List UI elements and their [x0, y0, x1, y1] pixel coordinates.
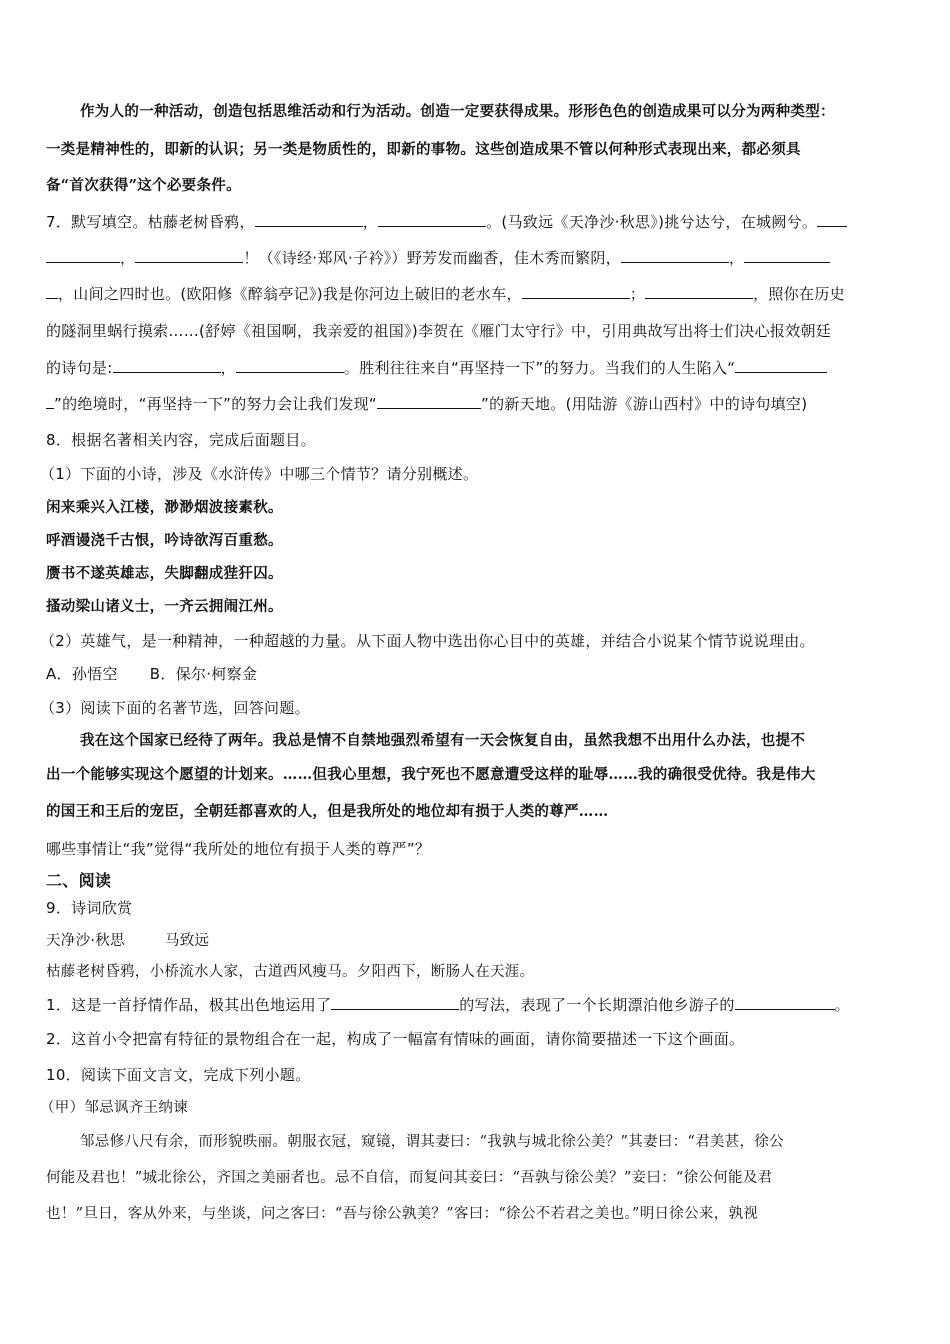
excerpt-line-1: 我在这个国家已经待了两年。我总是情不自禁地强烈希望有一天会恢复自由，虽然我想不出… — [80, 731, 908, 751]
poem-line-1: 闲来乘兴入江楼，渺渺烟波接素秋。 — [46, 498, 908, 518]
intro-line-1: 作为人的一种活动，创造包括思维活动和行为活动。创造一定要获得成果。形形色色的创造… — [80, 102, 908, 122]
q7-prompt: 7．默写填空。枯藤老树昏鸦， — [46, 213, 255, 231]
blank-field[interactable] — [621, 248, 729, 263]
comma: ， — [729, 249, 744, 267]
q7-source-text: 。胜利往往来自“再坚持一下”的努力。当我们的人生陷入“ — [344, 359, 735, 377]
blank-field[interactable] — [46, 284, 58, 299]
q8-sub2: （2）英雄气，是一种精神，一种超越的力量。从下面人物中选出你心目中的英雄，并结合… — [40, 631, 902, 651]
blank-field[interactable] — [645, 284, 753, 299]
semicolon: ； — [630, 285, 645, 303]
q7-line-3: ，山间之四时也。(欧阳修《醉翁亭记》)我是你河边上破旧的老水车，；，照你在历史 — [46, 284, 908, 304]
blank-field[interactable] — [135, 248, 243, 263]
period: 。 — [835, 996, 850, 1014]
q7-line-1: 7．默写填空。枯藤老树昏鸦，，。(马致远《天净沙·秋思》)挑兮达兮，在城阙兮。 — [46, 212, 908, 232]
poem-title-line: 天净沙·秋思马致远 — [46, 931, 908, 951]
blank-field[interactable] — [255, 212, 363, 227]
blank-field[interactable] — [331, 995, 459, 1010]
blank-field[interactable] — [744, 248, 830, 263]
blank-field[interactable] — [113, 358, 221, 373]
q7-line-6: ”的绝境时，“再坚持一下”的努力会让我们发现“”的新天地。(用陆游《游山西村》中… — [46, 394, 908, 414]
blank-field[interactable] — [817, 212, 847, 227]
q7-source-text: ，照你在历史 — [753, 285, 845, 303]
poem-title: 天净沙·秋思 — [46, 933, 125, 949]
classical-text-line-3: 也！”旦日，客从外来，与坐谈，问之客曰：“吾与徐公孰美？”客曰：“徐公不若君之美… — [46, 1204, 908, 1224]
q8-sub3: （3）阅读下面的名著节选，回答问题。 — [40, 698, 902, 718]
q9-item1-text: 的写法，表现了一个长期漂泊他乡游子的 — [459, 996, 734, 1014]
q7-source-text: 的诗句是: — [46, 359, 113, 377]
blank-field[interactable] — [378, 212, 486, 227]
blank-field[interactable] — [377, 394, 481, 409]
poem-text: 枯藤老树昏鸦，小桥流水人家，古道西风瘦马。夕阳西下，断肠人在天涯。 — [46, 962, 908, 982]
comma: ， — [363, 213, 378, 231]
q7-line-4: 的隧洞里蜗行摸索……(舒婷《祖国啊，我亲爱的祖国》)李贺在《雁门太守行》中，引用… — [46, 321, 908, 341]
q7-line-5: 的诗句是:，。胜利往往来自“再坚持一下”的努力。当我们的人生陷入“ — [46, 358, 908, 378]
q8-title: 8．根据名著相关内容，完成后面题目。 — [46, 430, 908, 450]
blank-field[interactable] — [735, 358, 827, 373]
option-a: A．孙悟空 — [46, 665, 118, 683]
intro-line-3: 备“首次获得”这个必要条件。 — [46, 176, 908, 196]
q8-options: A．孙悟空B．保尔·柯察金 — [46, 664, 908, 684]
poem-line-3: 赝书不遂英雄志，失脚翻成狴犴囚。 — [46, 564, 908, 584]
blank-field[interactable] — [735, 995, 835, 1010]
q7-source-text: ”的新天地。(用陆游《游山西村》中的诗句填空) — [481, 395, 807, 413]
classical-text-line-1: 邹忌修八尺有余，而形貌昳丽。朝服衣冠，窥镜，谓其妻曰：“我孰与城北徐公美？”其妻… — [80, 1132, 908, 1152]
q10-title: 10．阅读下面文言文，完成下列小题。 — [46, 1065, 908, 1085]
q7-source-text: 。(马致远《天净沙·秋思》)挑兮达兮，在城阙兮。 — [486, 213, 817, 231]
blank-field[interactable] — [46, 394, 54, 409]
poem-line-4: 搔动梁山诸义士，一齐云拥闹江州。 — [46, 597, 908, 617]
q9-title: 9．诗词欣赏 — [46, 898, 908, 918]
q7-line-2: ，！（《诗经·郑风·子衿》）野芳发而幽香，佳木秀而繁阴，， — [46, 248, 908, 268]
q8-sub1: （1）下面的小诗，涉及《水浒传》中哪三个情节？请分别概述。 — [40, 464, 902, 484]
q7-source-text: ”的绝境时，“再坚持一下”的努力会让我们发现“ — [54, 395, 377, 413]
q9-item-2: 2．这首小令把富有特征的景物组合在一起，构成了一幅富有情味的画面，请你简要描述一… — [46, 1029, 908, 1049]
q7-source-text: ！（《诗经·郑风·子衿》）野芳发而幽香，佳木秀而繁阴， — [243, 249, 621, 267]
q9-item-1: 1．这是一首抒情作品，极其出色地运用了的写法，表现了一个长期漂泊他乡游子的。 — [46, 995, 908, 1015]
blank-field[interactable] — [522, 284, 630, 299]
poem-line-2: 呼酒谩浇千古恨，吟诗欲泻百重愁。 — [46, 531, 908, 551]
excerpt-line-2: 出一个能够实现这个愿望的计划来。……但我心里想，我宁死也不愿意遭受这样的耻辱……… — [46, 765, 908, 785]
excerpt-line-3: 的国王和王后的宠臣，全朝廷都喜欢的人，但是我所处的地位却有损于人类的尊严…… — [46, 802, 908, 822]
poem-author: 马致远 — [165, 933, 209, 949]
q10-subtitle: （甲）邹忌讽齐王纳谏 — [40, 1098, 902, 1118]
comma: ， — [221, 359, 236, 377]
q9-item1-text: 1．这是一首抒情作品，极其出色地运用了 — [46, 996, 331, 1014]
blank-field[interactable] — [46, 248, 120, 263]
classical-text-line-2: 何能及君也！”城北徐公，齐国之美丽者也。忌不自信，而复问其妾曰：“吾孰与徐公美？… — [46, 1168, 908, 1188]
section-heading: 二、阅读 — [46, 871, 908, 891]
intro-line-2: 一类是精神性的，即新的认识；另一类是物质性的，即新的事物。这些创造成果不管以何种… — [46, 140, 908, 160]
comma: ， — [120, 249, 135, 267]
q8-question: 哪些事情让“我”觉得“我所处的地位有损于人类的尊严”？ — [46, 839, 908, 859]
blank-field[interactable] — [236, 358, 344, 373]
q7-source-text: ，山间之四时也。(欧阳修《醉翁亭记》)我是你河边上破旧的老水车， — [58, 285, 522, 303]
option-b: B．保尔·柯察金 — [150, 665, 257, 683]
